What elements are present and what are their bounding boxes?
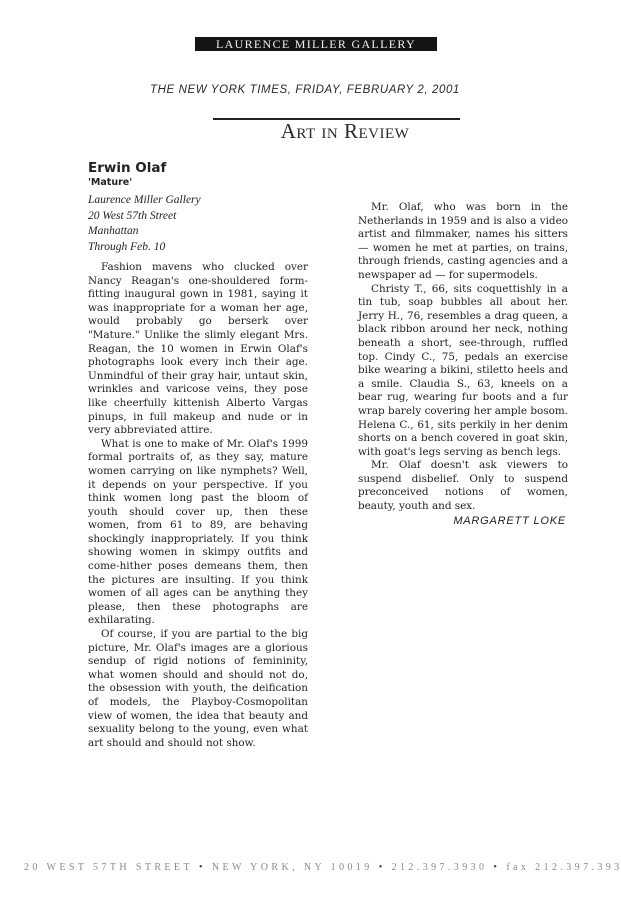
- venue-gallery: Laurence Miller Gallery: [88, 193, 308, 209]
- footer-address: 20 WEST 57TH STREET: [24, 862, 193, 873]
- bullet-separator: •: [199, 862, 206, 873]
- article-paragraph: What is one to make of Mr. Olaf's 1999 f…: [88, 438, 308, 628]
- bullet-separator: •: [379, 862, 386, 873]
- venue-info: Laurence Miller Gallery 20 West 57th Str…: [88, 193, 308, 255]
- venue-dates: Through Feb. 10: [88, 240, 308, 256]
- article-paragraph: Of course, if you are partial to the big…: [88, 628, 308, 750]
- section-title: Art in Review: [220, 119, 470, 144]
- bullet-separator: •: [493, 862, 500, 873]
- article-paragraph: Mr. Olaf, who was born in the Netherland…: [358, 201, 568, 283]
- author-byline: MARGARETT LOKE: [358, 515, 568, 529]
- article-column-right: Mr. Olaf, who was born in the Netherland…: [358, 201, 568, 528]
- article-column-left: Erwin Olaf 'Mature' Laurence Miller Gall…: [88, 160, 308, 750]
- article-paragraph: Fashion mavens who clucked over Nancy Re…: [88, 261, 308, 438]
- newspaper-dateline: THE NEW YORK TIMES, FRIDAY, FEBRUARY 2, …: [150, 84, 540, 96]
- gallery-logo: Laurence Miller Gallery: [195, 37, 437, 51]
- artist-name: Erwin Olaf: [88, 160, 308, 176]
- article-paragraph: Mr. Olaf doesn't ask viewers to suspend …: [358, 459, 568, 513]
- footer-fax: fax 212.397.3932: [506, 862, 621, 873]
- venue-address: 20 West 57th Street: [88, 209, 308, 225]
- footer-phone: 212.397.3930: [392, 862, 488, 873]
- footer-city: NEW YORK, NY 10019: [212, 862, 373, 873]
- show-title: 'Mature': [88, 176, 308, 190]
- article-paragraph: Christy T., 66, sits coquettishly in a t…: [358, 283, 568, 460]
- gallery-footer: 20 WEST 57TH STREET•NEW YORK, NY 10019•2…: [24, 862, 614, 873]
- venue-borough: Manhattan: [88, 224, 308, 240]
